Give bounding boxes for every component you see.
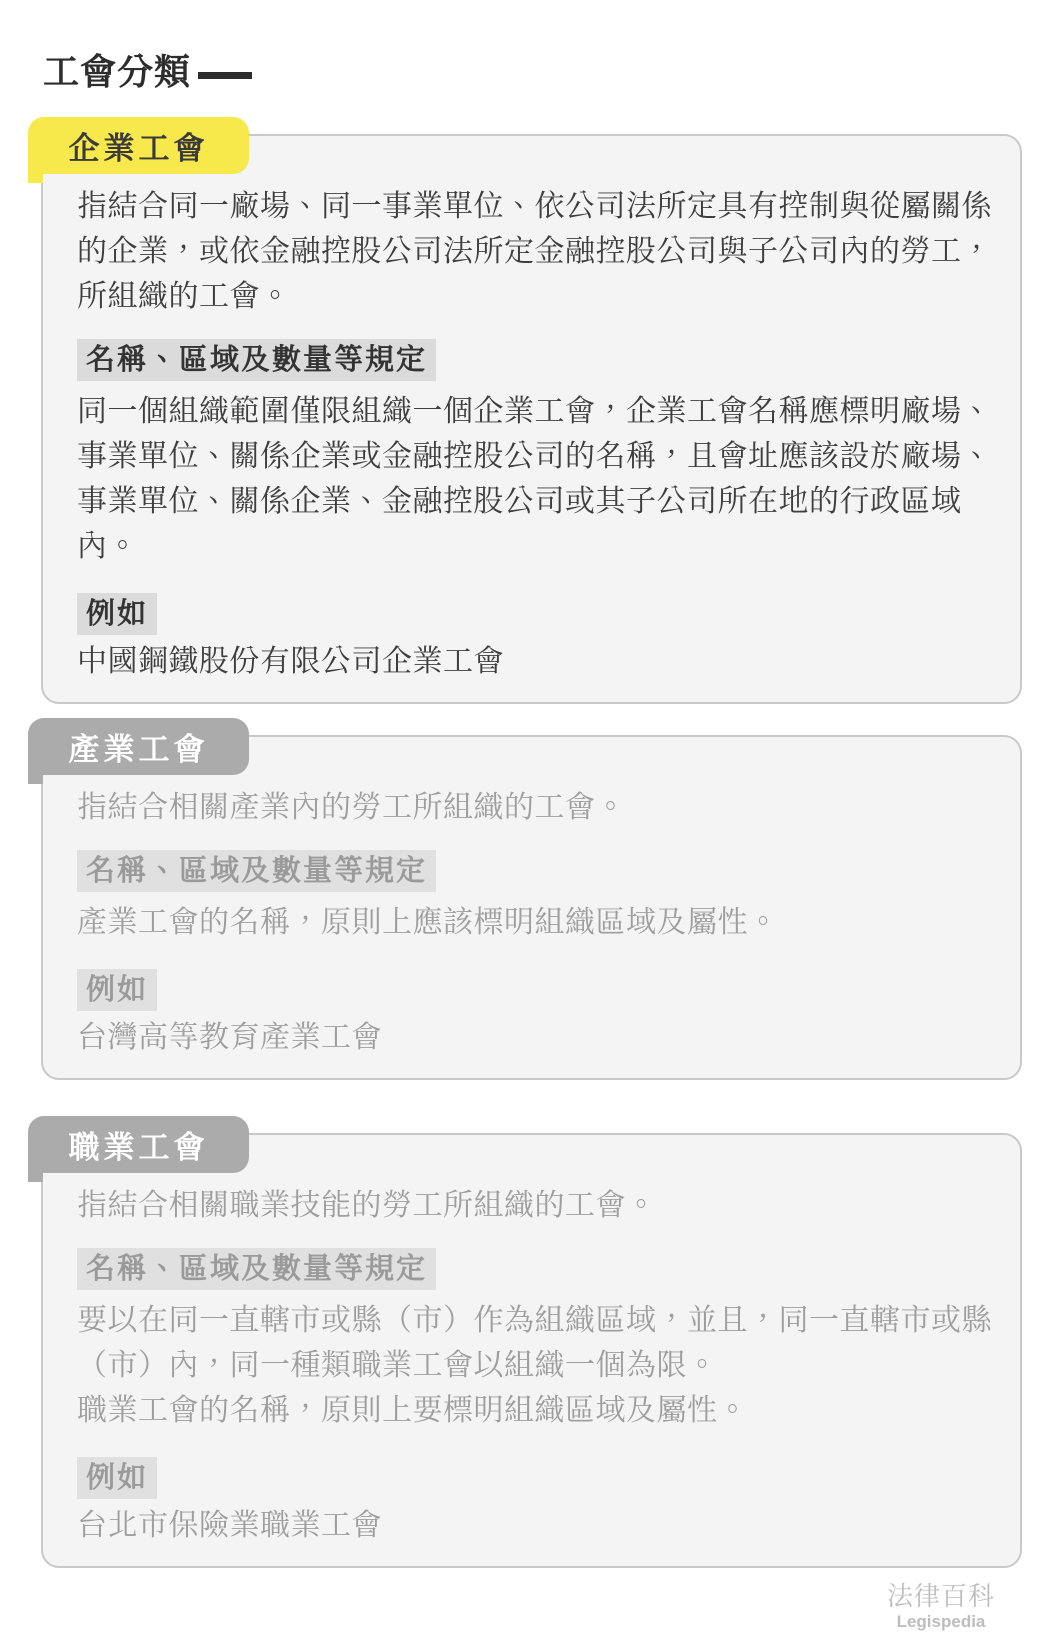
tab-enterprise-union: 企業工會: [28, 117, 249, 174]
tab-industrial-union: 產業工會: [28, 718, 249, 775]
title-dash: [198, 72, 252, 79]
card-occupational-union: 職業工會 指結合相關職業技能的勞工所組織的工會。 名稱、區域及數量等規定 要以在…: [41, 1133, 1022, 1568]
occupational-union-example-label: 例如: [77, 1457, 157, 1499]
tab-occupational-union: 職業工會: [28, 1116, 249, 1173]
enterprise-union-example-text: 中國鋼鐵股份有限公司企業工會: [77, 639, 993, 684]
page-title-row: 工會分類: [43, 50, 1064, 94]
occupational-union-definition: 指結合相關職業技能的勞工所組織的工會。: [77, 1183, 993, 1228]
page-title: 工會分類: [43, 50, 191, 94]
tab-industrial-union-label: 產業工會: [69, 724, 209, 769]
infographic-page: 工會分類 企業工會 指結合同一廠場、同一事業單位、依公司法所定具有控制與從屬關係…: [0, 0, 1064, 1632]
enterprise-union-example-label: 例如: [77, 593, 157, 635]
enterprise-union-rules-text: 同一個組織範圍僅限組織一個企業工會，企業工會名稱應標明廠場、 事業單位、關係企業…: [77, 389, 993, 569]
industrial-union-example-label: 例如: [77, 969, 157, 1011]
occupational-union-example-text: 台北市保險業職業工會: [77, 1503, 993, 1548]
enterprise-union-definition: 指結合同一廠場、同一事業單位、依公司法所定具有控制與從屬關係 的企業，或依金融控…: [77, 184, 993, 319]
brand-block: 法律百科 Legispedia: [887, 1580, 995, 1632]
occupational-union-rules-label: 名稱、區域及數量等規定: [77, 1248, 436, 1290]
industrial-union-definition: 指結合相關產業內的勞工所組織的工會。: [77, 785, 993, 830]
occupational-union-rules-text: 要以在同一直轄市或縣（市）作為組織區域，並且，同一直轄市或縣 （市）內，同一種類…: [77, 1298, 993, 1433]
card-occupational-union-body: 指結合相關職業技能的勞工所組織的工會。 名稱、區域及數量等規定 要以在同一直轄市…: [43, 1135, 1020, 1566]
industrial-union-rules-text: 產業工會的名稱，原則上應該標明組織區域及屬性。: [77, 900, 993, 945]
enterprise-union-rules-label: 名稱、區域及數量等規定: [77, 339, 436, 381]
footer: 法律百科 Legispedia: [0, 1580, 995, 1632]
brand-name-chinese: 法律百科: [887, 1580, 995, 1612]
tab-enterprise-union-label: 企業工會: [69, 123, 209, 168]
card-enterprise-union-body: 指結合同一廠場、同一事業單位、依公司法所定具有控制與從屬關係 的企業，或依金融控…: [43, 136, 1020, 702]
card-enterprise-union: 企業工會 指結合同一廠場、同一事業單位、依公司法所定具有控制與從屬關係 的企業，…: [41, 134, 1022, 704]
industrial-union-rules-label: 名稱、區域及數量等規定: [77, 850, 436, 892]
industrial-union-example-text: 台灣高等教育產業工會: [77, 1015, 993, 1060]
brand-name-english: Legispedia: [887, 1612, 995, 1632]
tab-occupational-union-label: 職業工會: [69, 1122, 209, 1167]
card-industrial-union: 產業工會 指結合相關產業內的勞工所組織的工會。 名稱、區域及數量等規定 產業工會…: [41, 735, 1022, 1080]
card-industrial-union-body: 指結合相關產業內的勞工所組織的工會。 名稱、區域及數量等規定 產業工會的名稱，原…: [43, 737, 1020, 1078]
